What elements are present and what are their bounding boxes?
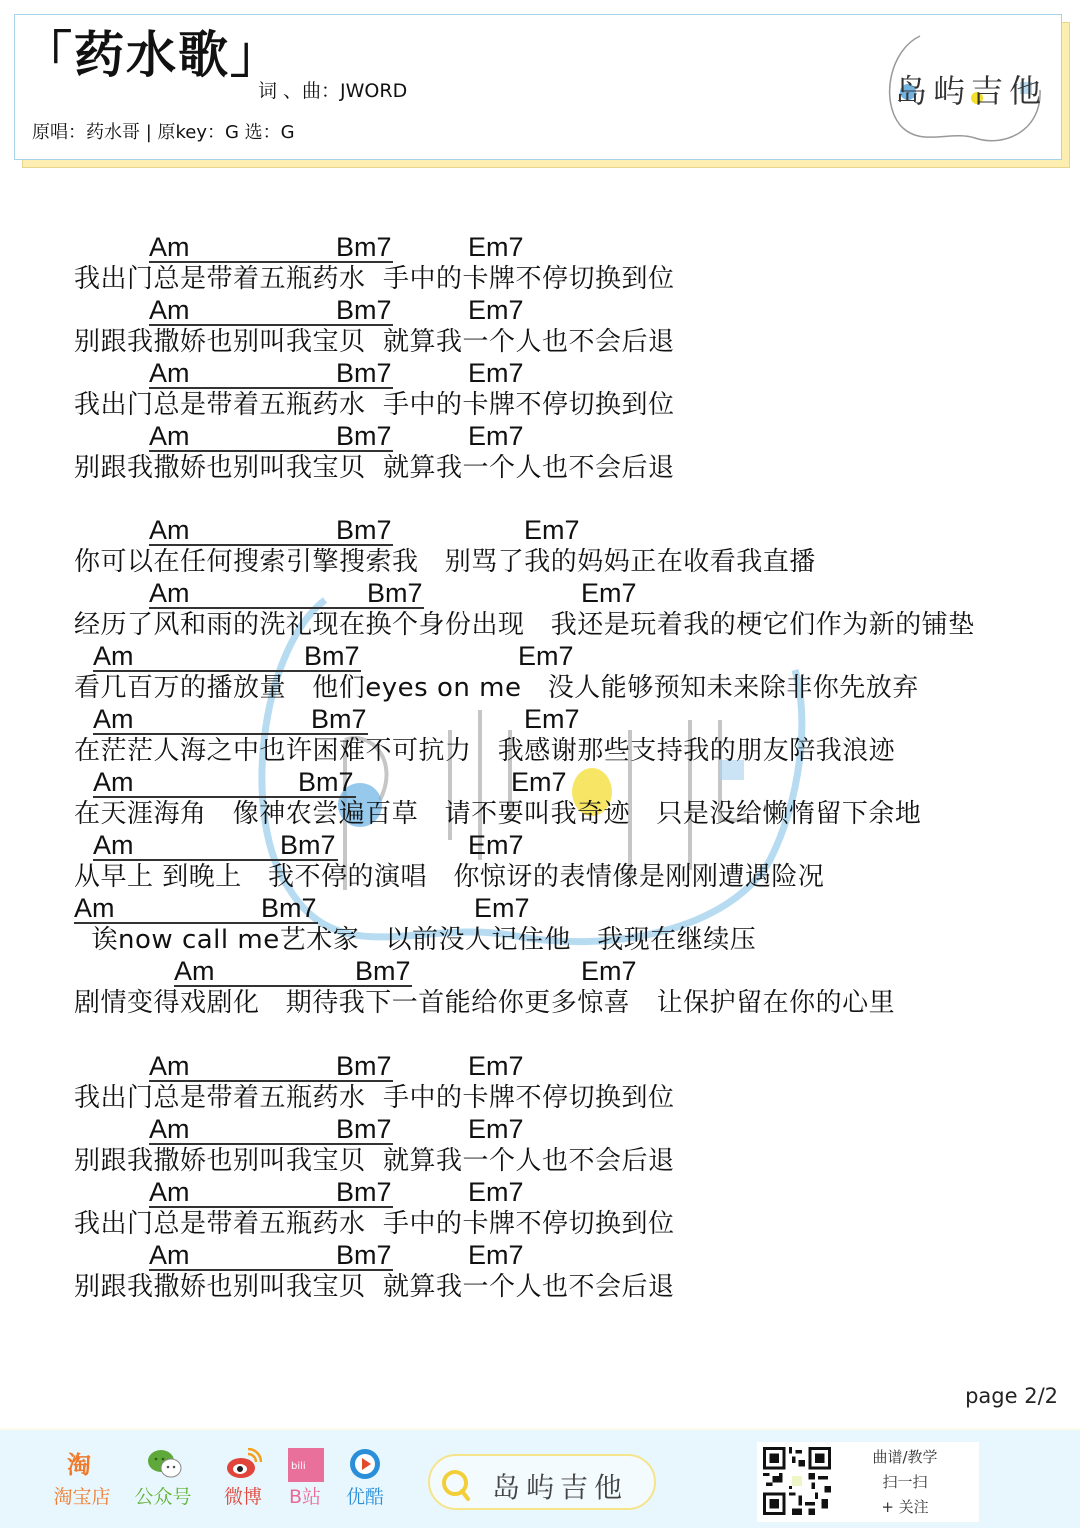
chord-am: Am: [149, 421, 190, 451]
chord-am: Am: [149, 358, 190, 388]
chord-bm7: Bm7: [304, 641, 360, 671]
lyric-row: AmBm7Em7在茫茫人海之中也许困难不可抗力 我感谢那些支持我的朋友陪我浪迹: [0, 704, 1080, 767]
lyric-text: 别跟我撒娇也别叫我宝贝 就算我一个人也不会后退: [74, 1271, 675, 1303]
lyric-row: AmBm7Em7你可以在任何搜索引擎搜索我 别骂了我的妈妈正在收看我直播: [0, 515, 1080, 578]
chord-em7: Em7: [524, 515, 580, 545]
wechat-icon: [146, 1448, 180, 1478]
qr-text-line: + 关注: [845, 1496, 965, 1517]
page-number: page 2/2: [965, 1384, 1058, 1408]
lyric-row: AmBm7Em7别跟我撒娇也别叫我宝贝 就算我一个人也不会后退: [0, 1240, 1080, 1303]
chord-am: Am: [149, 295, 190, 325]
lyric-row: AmBm7Em7经历了风和雨的洗礼现在换个身份出现 我还是玩着我的梗它们作为新的…: [0, 578, 1080, 641]
chord-bm7: Bm7: [336, 1114, 392, 1144]
song-section: AmBm7Em7我出门总是带着五瓶药水 手中的卡牌不停切换到位AmBm7Em7别…: [0, 1051, 1080, 1303]
social-taobao[interactable]: 淘 淘宝店: [47, 1448, 117, 1509]
qr-code-icon: [763, 1446, 831, 1516]
social-weibo[interactable]: 微博: [208, 1448, 278, 1509]
logo-text: 岛屿吉他: [895, 66, 1047, 112]
chord-am: Am: [149, 1240, 190, 1270]
song-credit: 词 、曲：JWORD: [258, 76, 407, 103]
chord-am: Am: [149, 578, 190, 608]
lyric-text: 经历了风和雨的洗礼现在换个身份出现 我还是玩着我的梗它们作为新的铺垫: [74, 609, 975, 641]
lyric-text: 诶now call me艺术家 以前没人记住他 我现在继续压: [74, 924, 756, 956]
lyric-text: 看几百万的播放量 他们eyes on me 没人能够预知未来除非你先放弃: [74, 672, 919, 704]
chord-em7: Em7: [468, 1240, 524, 1270]
lyric-text: 剧情变得戏剧化 期待我下一首能给你更多惊喜 让保护留在你的心里: [74, 987, 895, 1019]
chord-am: Am: [149, 1114, 190, 1144]
chord-bm7: Bm7: [336, 358, 392, 388]
lyric-row: AmBm7Em7别跟我撒娇也别叫我宝贝 就算我一个人也不会后退: [0, 421, 1080, 484]
chord-am: Am: [149, 515, 190, 545]
svg-text:淘: 淘: [67, 1451, 91, 1478]
lyric-row: AmBm7Em7 诶now call me艺术家 以前没人记住他 我现在继续压: [0, 893, 1080, 956]
social-wechat[interactable]: 公众号: [128, 1448, 198, 1509]
chord-em7: Em7: [511, 767, 567, 797]
chord-em7: Em7: [468, 295, 524, 325]
chord-bm7: Bm7: [336, 515, 392, 545]
lyric-text: 在茫茫人海之中也许困难不可抗力 我感谢那些支持我的朋友陪我浪迹: [74, 735, 895, 767]
chord-am: Am: [149, 1177, 190, 1207]
chord-em7: Em7: [468, 358, 524, 388]
chord-am: Am: [93, 641, 134, 671]
song-section: AmBm7Em7我出门总是带着五瓶药水 手中的卡牌不停切换到位AmBm7Em7别…: [0, 232, 1080, 484]
lyric-row: AmBm7Em7我出门总是带着五瓶药水 手中的卡牌不停切换到位: [0, 358, 1080, 421]
lyric-row: AmBm7Em7我出门总是带着五瓶药水 手中的卡牌不停切换到位: [0, 1177, 1080, 1240]
chord-em7: Em7: [468, 1051, 524, 1081]
lyric-text: 在天涯海角 像神农尝遍百草 请不要叫我奇迹 只是没给懒惰留下余地: [74, 798, 921, 830]
search-pill[interactable]: 岛屿吉他: [428, 1454, 656, 1510]
lyric-row: AmBm7Em7在天涯海角 像神农尝遍百草 请不要叫我奇迹 只是没给懒惰留下余地: [0, 767, 1080, 830]
bilibili-icon: bili: [288, 1448, 322, 1478]
chord-em7: Em7: [468, 421, 524, 451]
social-label: 淘宝店: [47, 1482, 117, 1509]
youku-icon: [348, 1448, 382, 1478]
chord-bm7: Bm7: [355, 956, 411, 986]
chord-bm7: Bm7: [311, 704, 367, 734]
lyric-text: 我出门总是带着五瓶药水 手中的卡牌不停切换到位: [74, 1208, 675, 1240]
lyric-row: AmBm7Em7别跟我撒娇也别叫我宝贝 就算我一个人也不会后退: [0, 1114, 1080, 1177]
chord-em7: Em7: [468, 1177, 524, 1207]
lyric-text: 我出门总是带着五瓶药水 手中的卡牌不停切换到位: [74, 263, 675, 295]
lyric-row: AmBm7Em7我出门总是带着五瓶药水 手中的卡牌不停切换到位: [0, 1051, 1080, 1114]
taobao-icon: 淘: [65, 1448, 99, 1478]
chord-am: Am: [174, 956, 215, 986]
chord-am: Am: [93, 830, 134, 860]
chord-am: Am: [74, 893, 115, 923]
lyric-text: 别跟我撒娇也别叫我宝贝 就算我一个人也不会后退: [74, 326, 675, 358]
chord-em7: Em7: [468, 1114, 524, 1144]
chord-bm7: Bm7: [336, 421, 392, 451]
chord-em7: Em7: [468, 830, 524, 860]
chord-em7: Em7: [581, 956, 637, 986]
qr-follow-box[interactable]: 曲谱/教学 扫一扫 + 关注: [757, 1442, 979, 1522]
chord-bm7: Bm7: [336, 1240, 392, 1270]
lyric-row: AmBm7Em7从早上 到晚上 我不停的演唱 你惊讶的表情像是刚刚遭遇险况: [0, 830, 1080, 893]
lyric-text: 别跟我撒娇也别叫我宝贝 就算我一个人也不会后退: [74, 1145, 675, 1177]
chord-bm7: Bm7: [336, 295, 392, 325]
chord-bm7: Bm7: [367, 578, 423, 608]
chord-bm7: Bm7: [261, 893, 317, 923]
song-section: AmBm7Em7你可以在任何搜索引擎搜索我 别骂了我的妈妈正在收看我直播AmBm…: [0, 515, 1080, 1019]
lyric-text: 别跟我撒娇也别叫我宝贝 就算我一个人也不会后退: [74, 452, 675, 484]
chord-am: Am: [93, 767, 134, 797]
lyric-row: AmBm7Em7剧情变得戏剧化 期待我下一首能给你更多惊喜 让保护留在你的心里: [0, 956, 1080, 1019]
lyric-text: 我出门总是带着五瓶药水 手中的卡牌不停切换到位: [74, 389, 675, 421]
song-meta: 原唱：药水哥 | 原key：G 选：G: [32, 118, 295, 144]
social-label: 优酷: [330, 1482, 400, 1509]
song-title: 「药水歌」: [22, 30, 282, 80]
chord-bm7: Bm7: [280, 830, 336, 860]
chord-bm7: Bm7: [336, 232, 392, 262]
chord-am: Am: [149, 232, 190, 262]
chord-em7: Em7: [581, 578, 637, 608]
chord-bm7: Bm7: [336, 1177, 392, 1207]
svg-text:bili: bili: [291, 1461, 306, 1472]
chord-em7: Em7: [468, 232, 524, 262]
footer-bar: 淘 淘宝店 公众号 微博 bili B站 优酷 岛屿吉他: [0, 1428, 1080, 1528]
search-pill-text: 岛屿吉他: [492, 1466, 628, 1506]
lyric-text: 我出门总是带着五瓶药水 手中的卡牌不停切换到位: [74, 1082, 675, 1114]
chord-bm7: Bm7: [336, 1051, 392, 1081]
chord-em7: Em7: [474, 893, 530, 923]
lyric-text: 你可以在任何搜索引擎搜索我 别骂了我的妈妈正在收看我直播: [74, 546, 816, 578]
chord-am: Am: [93, 704, 134, 734]
weibo-icon: [226, 1448, 260, 1478]
qr-text-line: 扫一扫: [845, 1471, 965, 1492]
qr-text-line: 曲谱/教学: [845, 1446, 965, 1467]
search-icon: [440, 1468, 472, 1502]
lyric-text: 从早上 到晚上 我不停的演唱 你惊讶的表情像是刚刚遭遇险况: [74, 861, 824, 893]
chord-em7: Em7: [524, 704, 580, 734]
social-label: 微博: [208, 1482, 278, 1509]
social-youku[interactable]: 优酷: [330, 1448, 400, 1509]
chord-am: Am: [149, 1051, 190, 1081]
lyric-row: AmBm7Em7别跟我撒娇也别叫我宝贝 就算我一个人也不会后退: [0, 295, 1080, 358]
social-label: 公众号: [128, 1482, 198, 1509]
chord-em7: Em7: [518, 641, 574, 671]
chord-bm7: Bm7: [298, 767, 354, 797]
lyric-row: AmBm7Em7我出门总是带着五瓶药水 手中的卡牌不停切换到位: [0, 232, 1080, 295]
lyric-row: AmBm7Em7看几百万的播放量 他们eyes on me 没人能够预知未来除非…: [0, 641, 1080, 704]
